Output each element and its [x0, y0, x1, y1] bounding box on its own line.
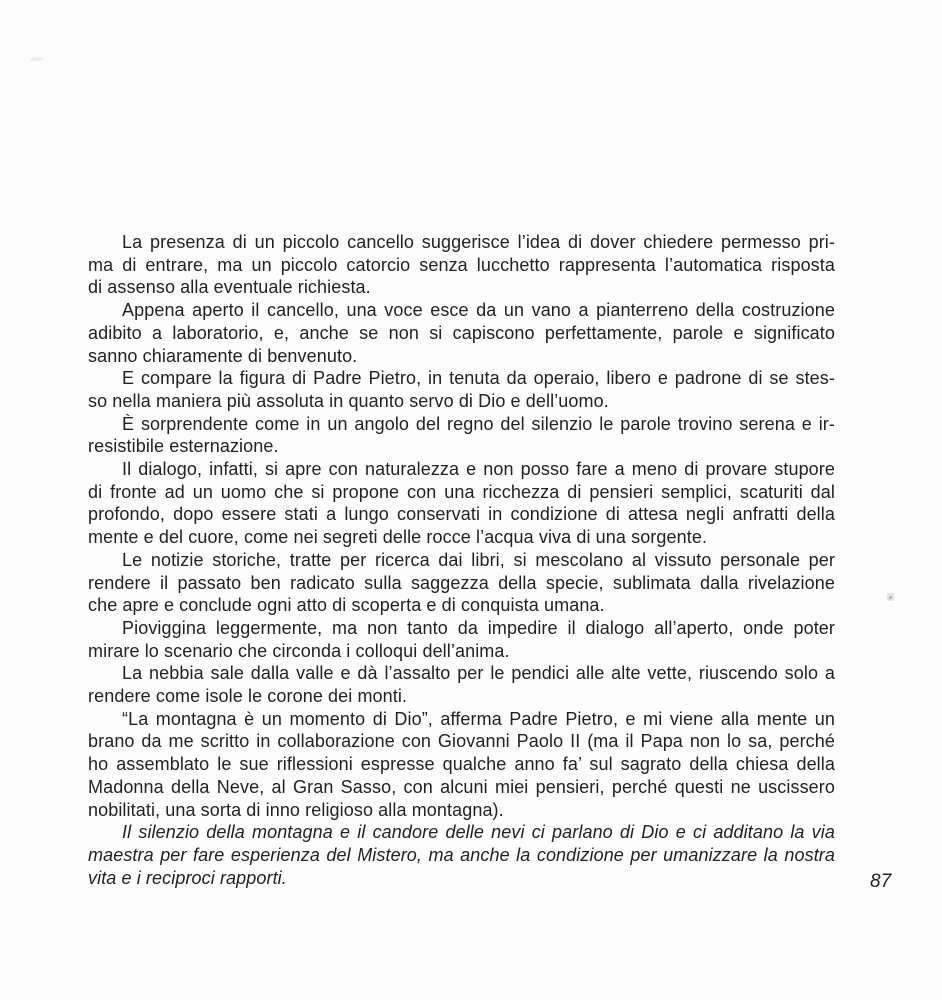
- text-line: profondo, dopo essere stati a lungo cons…: [88, 503, 835, 526]
- text-line: resistibile esternazione.: [88, 435, 835, 458]
- text-line: nobilitati, una sorta di inno religioso …: [88, 799, 835, 822]
- text-line: Il silenzio della montagna e il candore …: [88, 821, 835, 844]
- text-line: La presenza di un piccolo cancello sugge…: [88, 231, 835, 254]
- text-line: vita e i reciproci rapporti.: [88, 867, 835, 890]
- text-line: Appena aperto il cancello, una voce esce…: [88, 299, 835, 322]
- text-line: Le notizie storiche, tratte per ricerca …: [88, 549, 835, 572]
- text-line: Il dialogo, infatti, si apre con natural…: [88, 458, 835, 481]
- text-line: so nella maniera più assoluta in quanto …: [88, 390, 835, 413]
- text-line: “La montagna è un momento di Dio”, affer…: [88, 708, 835, 731]
- text-line: mirare lo scenario che circonda i colloq…: [88, 640, 835, 663]
- text-line: rendere come isole le corone dei monti.: [88, 685, 835, 708]
- document-page: La presenza di un piccolo cancello sugge…: [0, 0, 942, 1000]
- text-line: ho assemblato le sue riflessioni espress…: [88, 753, 835, 776]
- text-line: maestra per fare esperienza del Mistero,…: [88, 844, 835, 867]
- text-line: E compare la figura di Padre Pietro, in …: [88, 367, 835, 390]
- text-line: di fronte ad un uomo che si propone con …: [88, 481, 835, 504]
- text-line: La nebbia sale dalla valle e dà l’assalt…: [88, 662, 835, 685]
- text-line: rendere il passato ben radicato sulla sa…: [88, 572, 835, 595]
- text-line: sanno chiaramente di benvenuto.: [88, 345, 835, 368]
- page-number: 87: [870, 871, 891, 893]
- body-text: La presenza di un piccolo cancello sugge…: [88, 231, 835, 889]
- text-line: adibito a laboratorio, e, anche se non s…: [88, 322, 835, 345]
- text-line: Madonna della Neve, al Gran Sasso, con a…: [88, 776, 835, 799]
- text-line: mente e del cuore, come nei segreti dell…: [88, 526, 835, 549]
- scan-smudge: [30, 57, 44, 62]
- text-line: di assenso alla eventuale richiesta.: [88, 276, 835, 299]
- text-line: che apre e conclude ogni atto di scopert…: [88, 594, 835, 617]
- scan-speck: [887, 593, 894, 601]
- text-line: ma di entrare, ma un piccolo catorcio se…: [88, 254, 835, 277]
- text-line: È sorprendente come in un angolo del reg…: [88, 413, 835, 436]
- text-line: Pioviggina leggermente, ma non tanto da …: [88, 617, 835, 640]
- text-line: brano da me scritto in collaborazione co…: [88, 730, 835, 753]
